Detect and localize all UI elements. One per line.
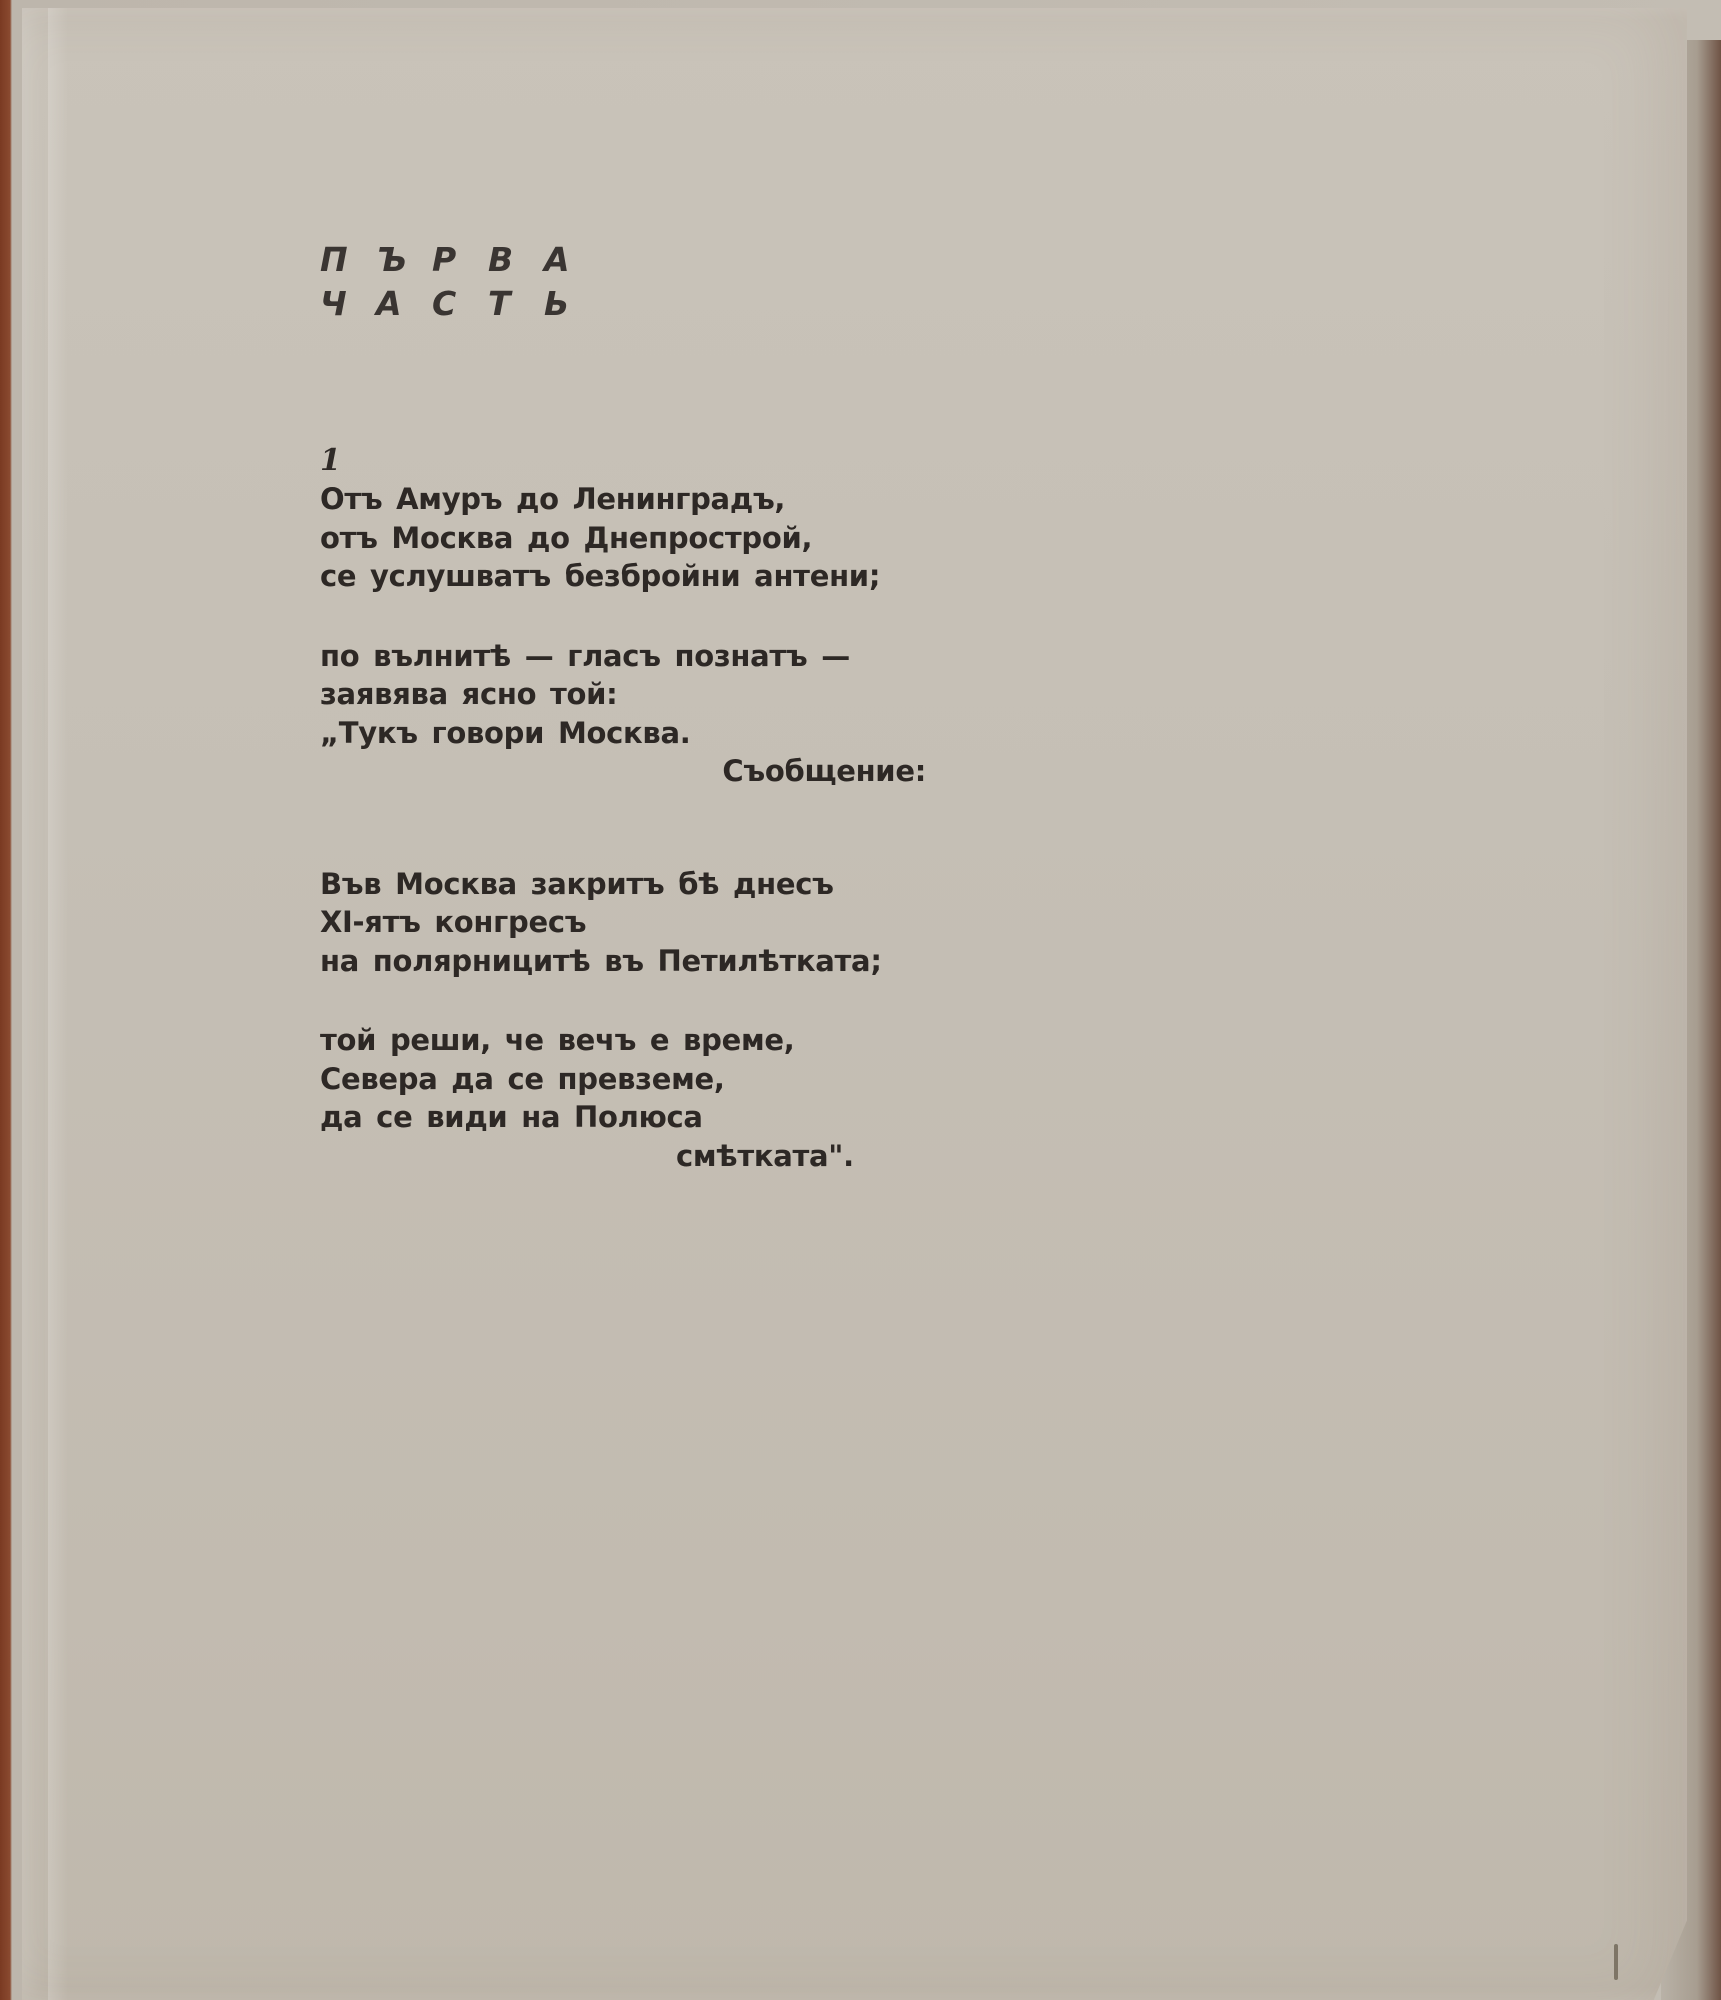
stanza-1: Отъ Амуръ до Ленинградъ, отъ Москва до Д…: [320, 480, 940, 596]
verse-line: Севера да се превземе,: [320, 1060, 940, 1099]
verse-line: се услушватъ безбройни антени;: [320, 557, 940, 596]
verse-line: Във Москва закритъ бѣ днесъ: [320, 865, 940, 904]
verse-line-right-aligned: Съобщение:: [320, 752, 940, 791]
title-letter: В: [488, 238, 544, 282]
title-letter: С: [432, 282, 488, 326]
section-number: 1: [320, 444, 940, 478]
verse-line: по вълнитѣ — гласъ познатъ —: [320, 637, 940, 676]
title-letter: Ч: [320, 282, 376, 326]
verse-line: отъ Москва до Днепрострой,: [320, 519, 940, 558]
verse-line: на полярницитѣ въ Петилѣтката;: [320, 942, 940, 981]
title-letter: Ъ: [376, 238, 432, 282]
verse-line: XI-ятъ конгресъ: [320, 903, 940, 942]
verse-line-indented: смѣтката".: [320, 1137, 940, 1176]
part-title-line-2: Ч А С Т Ь: [320, 282, 940, 326]
verse-line: заявява ясно той:: [320, 675, 940, 714]
part-title-line-1: П Ъ Р В А: [320, 238, 940, 282]
stanza-2: по вълнитѣ — гласъ познатъ — заявява ясн…: [320, 637, 940, 791]
stanza-4: той реши, че вечъ е време, Севера да се …: [320, 1021, 940, 1175]
title-letter: А: [376, 282, 432, 326]
title-letter: Р: [432, 238, 488, 282]
title-letter: Т: [488, 282, 544, 326]
stanza-3: Във Москва закритъ бѣ днесъ XI-ятъ конгр…: [320, 865, 940, 981]
title-letter: П: [320, 238, 376, 282]
poem-content: П Ъ Р В А Ч А С Т Ь 1 Отъ Амуръ до Ленин…: [320, 238, 940, 1175]
verse-line: Отъ Амуръ до Ленинградъ,: [320, 480, 940, 519]
part-title: П Ъ Р В А Ч А С Т Ь: [320, 238, 940, 326]
verse-line: да се види на Полюса: [320, 1098, 940, 1137]
verse-line: той реши, че вечъ е време,: [320, 1021, 940, 1060]
page-tab-mark: [1614, 1944, 1618, 1980]
page-crease: [48, 8, 68, 2000]
title-letter: Ь: [544, 282, 600, 326]
title-letter: А: [544, 238, 600, 282]
verse-line: „Тукъ говори Москва.: [320, 714, 940, 753]
